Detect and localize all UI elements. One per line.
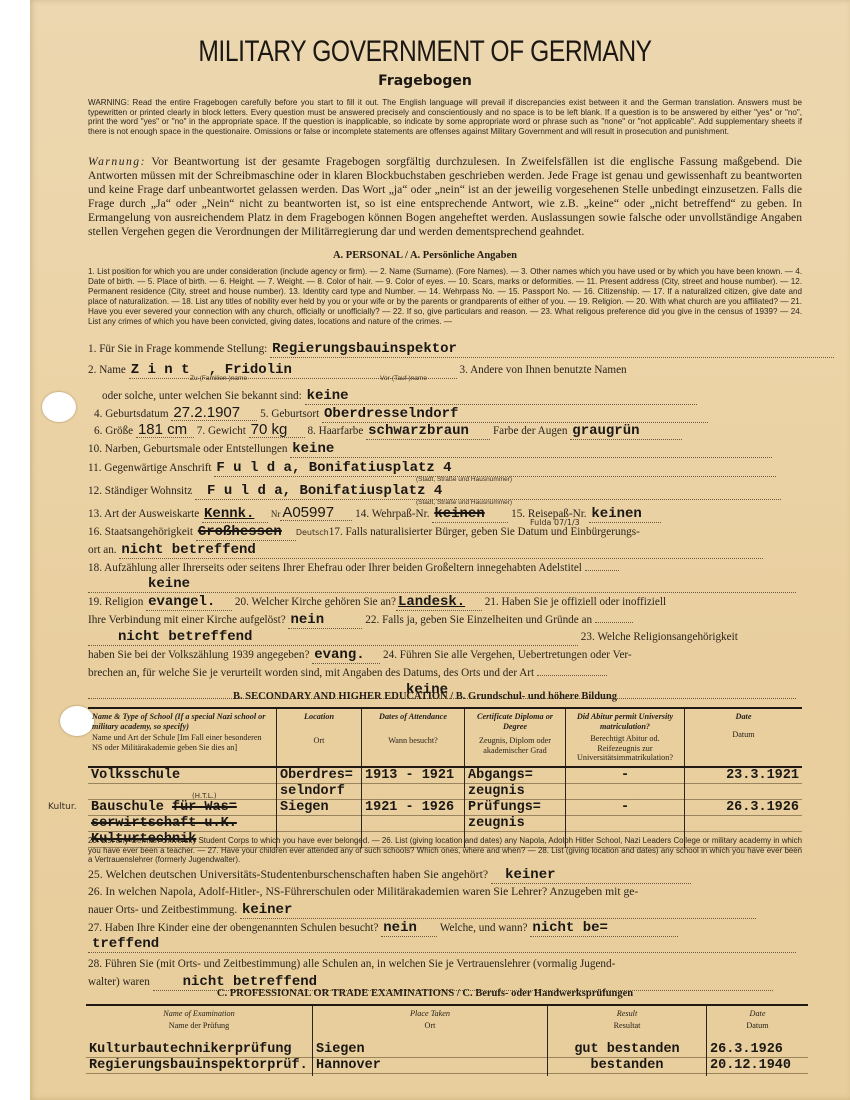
col-location: LocationOrt — [277, 708, 362, 767]
position-field[interactable]: Regierungsbauinspektor — [270, 342, 834, 358]
q21-label: 21. Haben Sie je offiziell oder inoffizi… — [485, 596, 666, 608]
document-title: MILITARY GOVERNMENT OF GERMANY — [77, 35, 774, 69]
table-row: Regierungsbauinspektorprüf. Hannover bes… — [86, 1058, 808, 1076]
q5-label: 5. Geburtsort — [260, 408, 319, 420]
warning-german: Warnung: Vor Beantwortung ist der gesamt… — [88, 155, 802, 238]
birth-date-field[interactable]: 27.2.1907 — [171, 405, 257, 421]
census-religion-field[interactable]: evang. — [312, 648, 380, 664]
q6-label: 6. Größe — [94, 425, 133, 437]
question-24-cont: brechen an, für welche Sie je verurteilt… — [88, 664, 802, 682]
date-cell[interactable]: 23.3.1921 — [685, 767, 803, 800]
punch-hole — [42, 392, 76, 422]
scars-field[interactable]: keine — [290, 442, 772, 458]
q27-label: 27. Haben Ihre Kinder eine der obengenan… — [88, 922, 378, 934]
question-19-21: 19. Religion evangel. 20. Welcher Kirche… — [88, 593, 802, 611]
passport-field[interactable]: keinen — [589, 507, 661, 523]
crimes-field-line1 — [537, 675, 607, 676]
forename-caption: Vor-(Tauf-)name — [380, 375, 427, 382]
q1-label: 1. Für Sie in Frage kommende Stellung: — [88, 343, 267, 355]
q23-label: 23. Welche Religionsangehörigkeit — [581, 631, 738, 643]
question-16-17: 16. Staatsangehörigkeit GroßhessenDeutsc… — [88, 523, 802, 541]
q12-label: 12. Ständiger Wohnsitz — [88, 485, 192, 497]
q28-label: 28. Führen Sie (mit Orts- und Zeitbestim… — [88, 958, 615, 970]
col-result: ResultResultat — [548, 1005, 707, 1034]
warning-german-label: Warnung: — [88, 155, 146, 168]
question-1: 1. Für Sie in Frage kommende Stellung: R… — [88, 340, 802, 358]
abitur-cell[interactable]: - — [566, 767, 685, 800]
exam-place-cell[interactable]: Siegen — [313, 1034, 548, 1058]
q23-label-cont: haben Sie bei der Volkszählung 1939 ange… — [88, 649, 309, 661]
education-table: Name & Type of School (If a special Nazi… — [88, 707, 802, 848]
particulars-field[interactable]: nicht betreffend — [88, 630, 578, 646]
warning-german-text: Vor Beantwortung ist der gesamte Fragebo… — [88, 155, 802, 238]
weight-field[interactable]: 70 kg — [249, 422, 305, 438]
col-place: Place TakenOrt — [313, 1005, 548, 1034]
surname-caption: Zu-(Familien-)name — [190, 375, 247, 382]
school-prefix-annotation: Kultur. — [48, 802, 77, 812]
question-11: 11. Gegenwärtige Anschrift F u l d a, Bo… — [88, 459, 802, 477]
eye-color-field[interactable]: graugrün — [570, 424, 682, 440]
certificate-cell[interactable]: Abgangs= zeugnis — [465, 767, 566, 800]
present-address-field[interactable]: F u l d a, Bonifatiusplatz 4 — [214, 461, 776, 477]
exam-date-cell[interactable]: 20.12.1940 — [707, 1058, 809, 1076]
nobility-field-line1 — [585, 570, 619, 571]
religion-field[interactable]: evangel. — [146, 595, 232, 611]
birth-place-field[interactable]: Oberdresselndorf — [322, 407, 708, 423]
napola-teacher-field[interactable]: keiner — [240, 903, 756, 919]
q24-label: 24. Führen Sie alle Vergehen, Uebertretu… — [383, 649, 632, 661]
exam-date-cell[interactable]: 26.3.1926 — [707, 1034, 809, 1058]
q11-label: 11. Gegenwärtige Anschrift — [88, 462, 212, 474]
exam-name-cell[interactable]: Kulturbautechnikerprüfung — [86, 1034, 313, 1058]
children-schools-field-cont[interactable]: treffend — [88, 937, 796, 953]
student-corps-field[interactable]: keiner — [491, 868, 691, 884]
question-25: 25. Welchen deutschen Universitäts-Stude… — [88, 865, 802, 883]
question-4-5: 4. Geburtsdatum 27.2.1907 5. Geburtsort … — [94, 405, 802, 423]
section-a-instructions: 1. List position for which you are under… — [88, 267, 802, 328]
question-22-23: nicht betreffend 23. Welche Religionsang… — [88, 628, 802, 646]
q22-label: 22. Falls ja, geben Sie Einzelheiten und… — [365, 614, 592, 626]
q4-label: 4. Geburtsdatum — [94, 408, 169, 420]
q3-label-cont: oder solche, unter welchen Sie bekannt s… — [102, 390, 302, 402]
question-27-cont: treffend — [88, 935, 802, 953]
warning-english: WARNING: Read the entire Fragebogen care… — [88, 98, 802, 137]
exam-result-cell[interactable]: gut bestanden — [548, 1034, 707, 1058]
section-a-heading: A. PERSONAL / A. Persönliche Angaben — [0, 250, 850, 261]
q25-label: 25. Welchen deutschen Universitäts-Stude… — [88, 867, 488, 881]
school-htl-annotation: (H.T.L.) — [192, 792, 217, 800]
q10-label: 10. Narben, Geburtsmale oder Entstellung… — [88, 443, 287, 455]
question-26: 26. In welchen Napola, Adolf-Hitler-, NS… — [88, 883, 802, 901]
col-school: Name & Type of School (If a special Nazi… — [88, 708, 277, 767]
document-subtitle: Fragebogen — [0, 73, 850, 89]
q3-label: 3. Andere von Ihnen benutzte Namen — [460, 364, 627, 376]
q26-label-cont: nauer Orts- und Zeitbestimmung. — [88, 904, 237, 916]
q7-label: 7. Gewicht — [197, 425, 246, 437]
height-field[interactable]: 181 cm — [136, 422, 194, 438]
q17-label-cont: ort an. — [88, 544, 117, 556]
col-certificate: Certificate Diploma or DegreeZeugnis, Di… — [465, 708, 566, 767]
q24-label-cont: brechen an, für welche Sie je verurteilt… — [88, 667, 534, 679]
question-6-9: 6. Größe 181 cm 7. Gewicht 70 kg 8. Haar… — [94, 422, 802, 440]
q14-label: 14. Wehrpaß-Nr. — [355, 508, 429, 520]
nr-label: Nr — [271, 509, 281, 519]
church-severed-field[interactable]: nein — [288, 613, 362, 629]
school-cell[interactable]: Volksschule — [88, 767, 277, 800]
q9-label: Farbe der Augen — [493, 425, 568, 437]
location-cell[interactable]: Oberdres= selndorf — [277, 767, 362, 800]
section-b-heading: B. SECONDARY AND HIGHER EDUCATION / B. G… — [0, 691, 850, 702]
question-13-15: 13. Art der Ausweiskarte Kennk. NrA05997… — [88, 505, 802, 523]
q28-label-cont: walter) waren — [88, 976, 150, 988]
question-23-24: haben Sie bei der Volkszählung 1939 ange… — [88, 646, 802, 664]
q16-label: 16. Staatsangehörigkeit — [88, 526, 193, 538]
exam-name-cell[interactable]: Regierungsbauinspektorprüf. — [86, 1058, 313, 1076]
question-17-cont: ort an. nicht betreffend — [88, 541, 802, 559]
hair-color-field[interactable]: schwarzbraun — [366, 424, 490, 440]
q18-label: 18. Aufzählung aller Ihrerseits oder sei… — [88, 562, 582, 574]
section-b-instructions: 25. List any German University Student C… — [88, 836, 802, 865]
q8-label: 8. Haarfarbe — [307, 425, 363, 437]
q19-label: 19. Religion — [88, 596, 143, 608]
col-abitur: Did Abitur permit University matriculati… — [566, 708, 685, 767]
dates-cell[interactable]: 1913 - 1921 — [362, 767, 465, 800]
id-card-number-field[interactable]: A05997 — [280, 505, 352, 521]
q20-label: 20. Welcher Kirche gehören Sie an? — [235, 596, 396, 608]
examinations-table: Name of ExaminationName der Prüfung Plac… — [86, 1004, 808, 1076]
q21-label-cont: Ihre Verbindung mit einer Kirche aufgelö… — [88, 614, 286, 626]
q17-label: 17. Falls naturalisierter Bürger, geben … — [329, 526, 640, 538]
table-row: Kulturbautechnikerprüfung Siegen gut bes… — [86, 1034, 808, 1058]
col-dates: Dates of AttendanceWann besucht? — [362, 708, 465, 767]
question-12: 12. Ständiger Wohnsitz F u l d a, Bonifa… — [88, 482, 802, 500]
question-10: 10. Narben, Geburtsmale oder Entstellung… — [88, 440, 802, 458]
question-26-cont: nauer Orts- und Zeitbestimmung. keiner — [88, 901, 802, 919]
col-exam-date: DateDatum — [707, 1005, 809, 1034]
question-28: 28. Führen Sie (mit Orts- und Zeitbestim… — [88, 955, 802, 973]
permanent-residence-field[interactable]: F u l d a, Bonifatiusplatz 4 — [195, 484, 781, 500]
question-21-22: Ihre Verbindung mit einer Kirche aufgelö… — [88, 611, 802, 629]
q13-label: 13. Art der Ausweiskarte — [88, 508, 199, 520]
particulars-field-line1 — [595, 622, 633, 623]
wehrpass-field[interactable]: keinen — [432, 507, 508, 523]
exam-place-cell[interactable]: Hannover — [313, 1058, 548, 1076]
col-exam-name: Name of ExaminationName der Prüfung — [86, 1005, 313, 1034]
section-c-heading: C. PROFESSIONAL OR TRADE EXAMINATIONS / … — [0, 988, 850, 999]
q26-label: 26. In welchen Napola, Adolf-Hitler-, NS… — [88, 885, 638, 898]
nobility-field[interactable]: keine — [88, 577, 796, 593]
id-card-type-field[interactable]: Kennk. — [202, 507, 268, 523]
question-3: oder solche, unter welchen Sie bekannt s… — [102, 387, 802, 405]
question-18-cont: keine — [88, 575, 802, 593]
citizenship-annotation: Deutsch — [296, 528, 329, 537]
exam-result-cell[interactable]: bestanden — [548, 1058, 707, 1076]
q2-label: 2. Name — [88, 364, 126, 376]
citizenship-field[interactable]: Großhessen — [196, 525, 296, 541]
col-date: DateDatum — [685, 708, 803, 767]
q27-label2: Welche, und wann? — [440, 922, 528, 934]
church-field[interactable]: Landesk. — [396, 595, 482, 611]
other-names-field[interactable]: keine — [305, 389, 697, 405]
naturalization-field[interactable]: nicht betreffend — [119, 543, 763, 559]
